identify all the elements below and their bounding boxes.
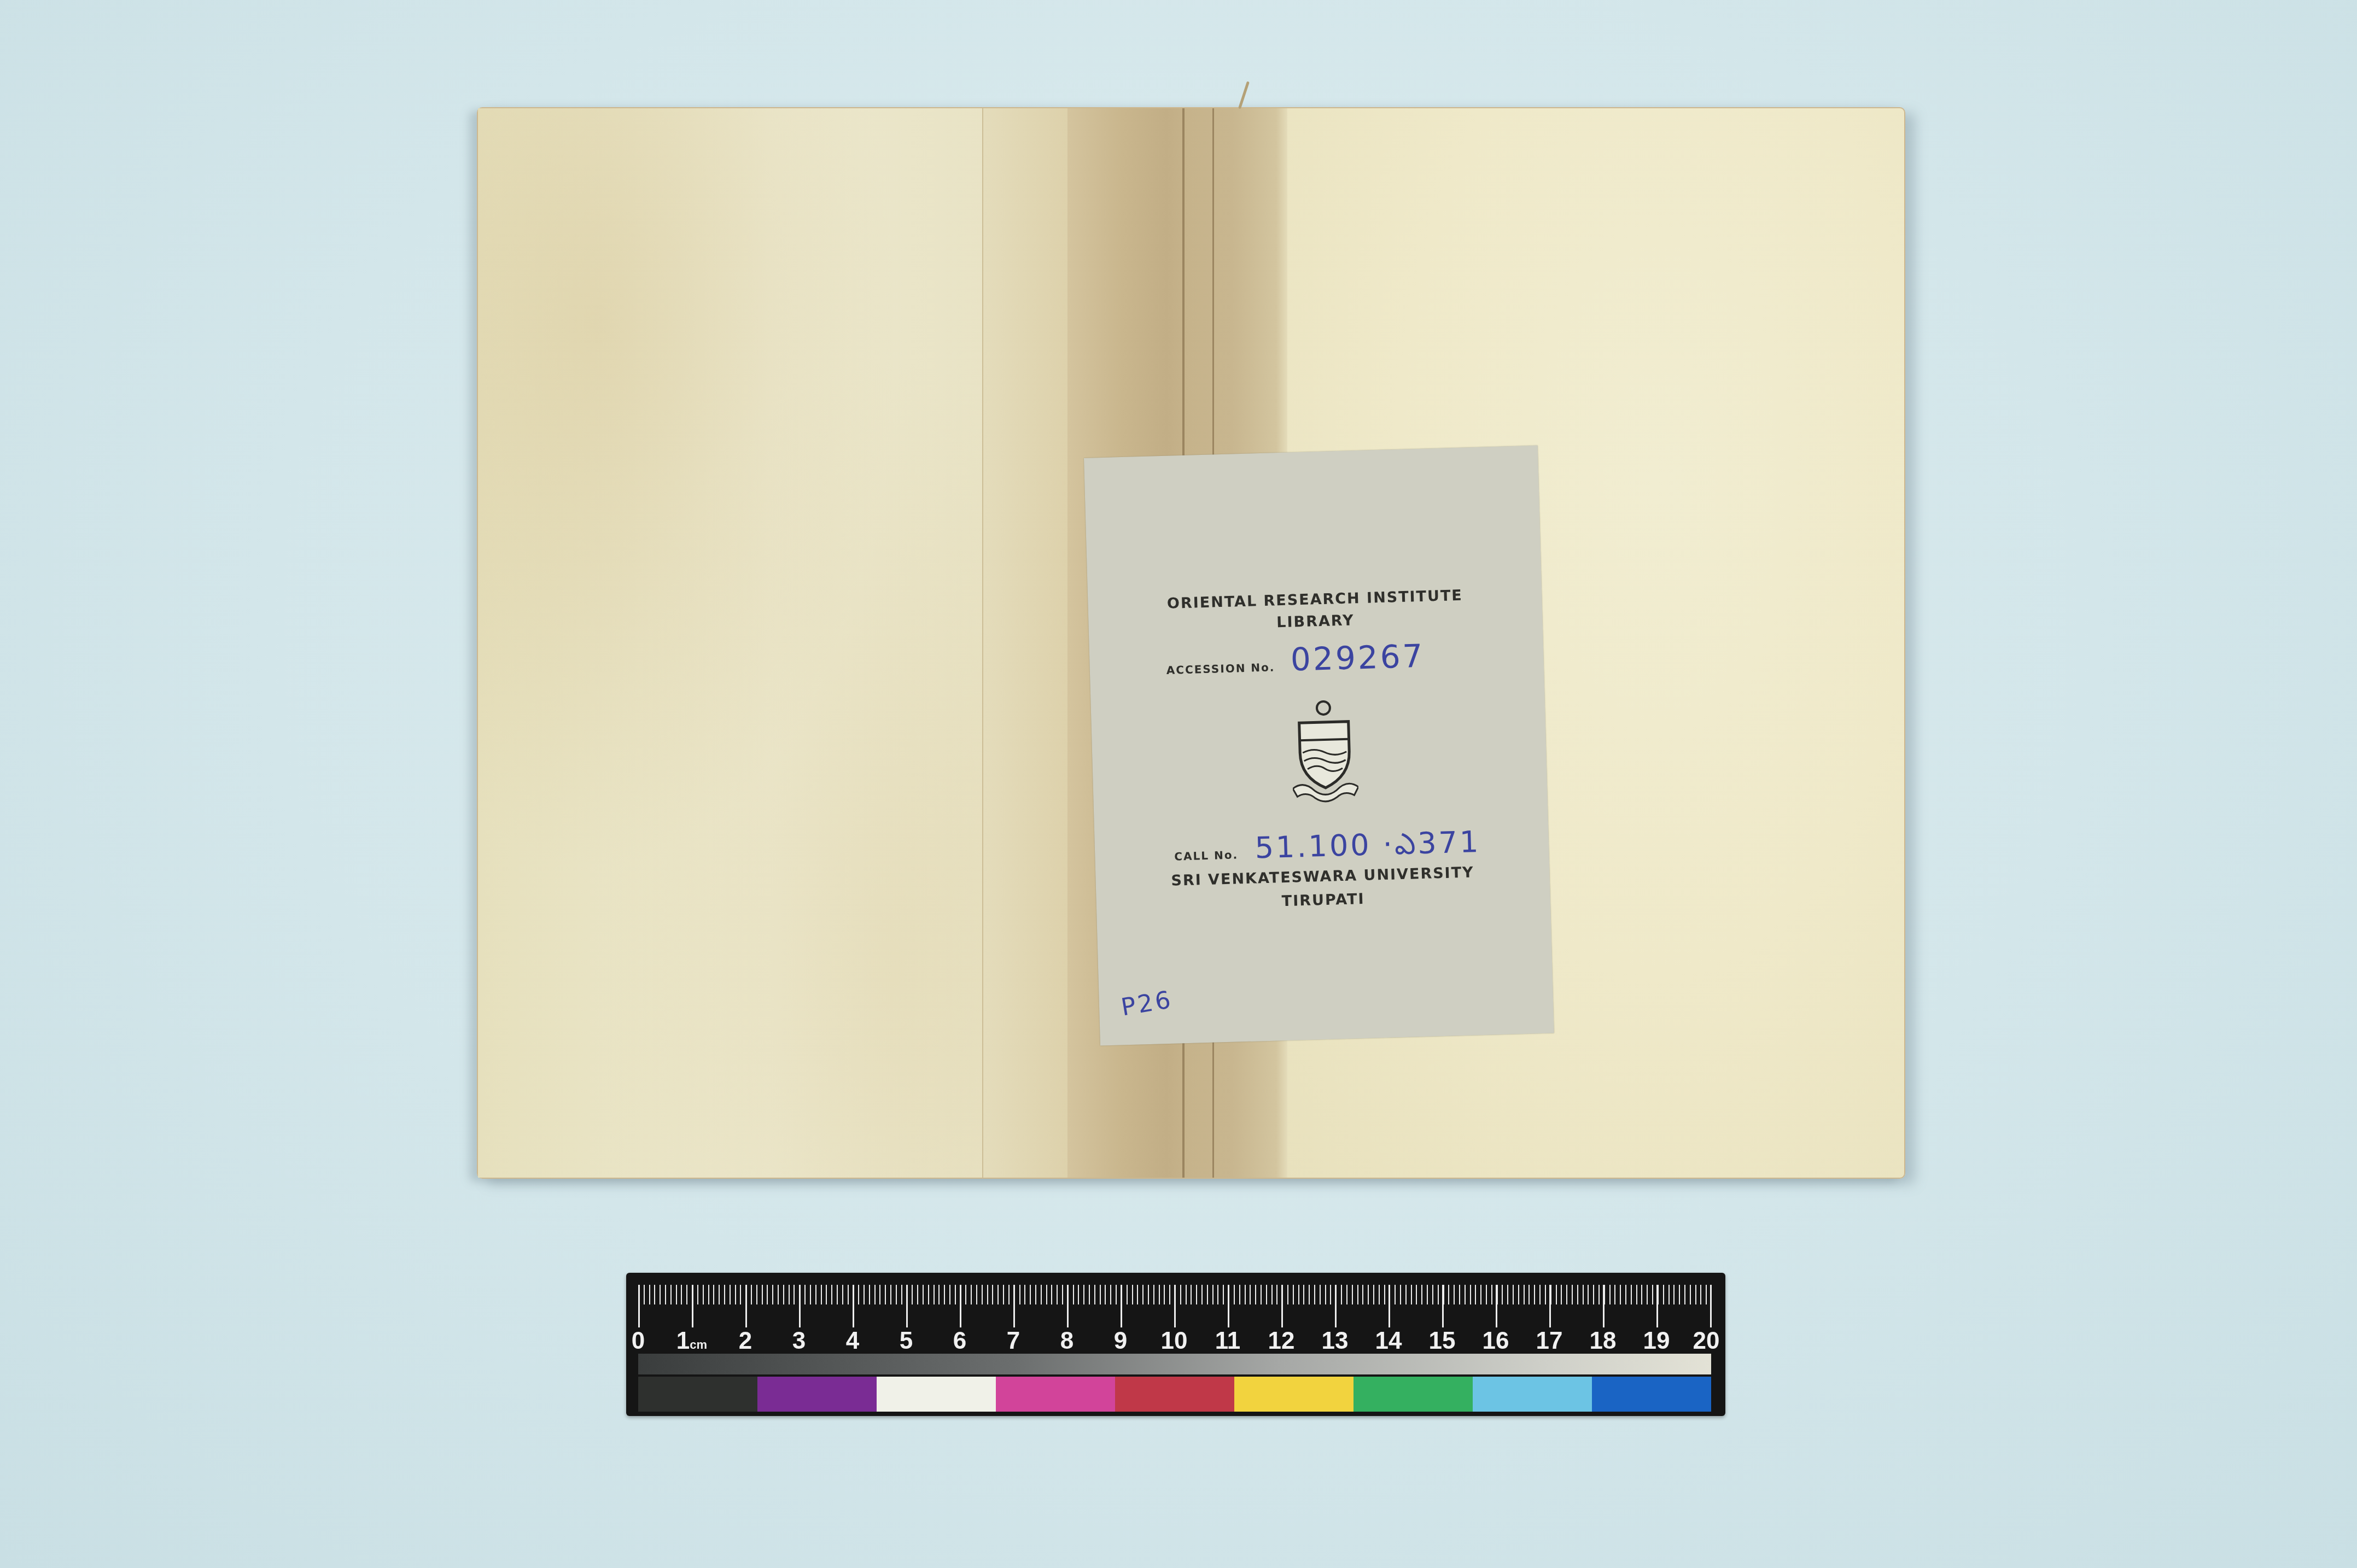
- color-patch-black: [638, 1377, 757, 1412]
- library-bookplate-label: ORIENTAL RESEARCH INSTITUTE LIBRARY ACCE…: [1084, 446, 1554, 1046]
- ruler-number: 12: [1268, 1327, 1295, 1355]
- color-calibration-strip: [638, 1377, 1711, 1412]
- ruler-number: 5: [900, 1327, 913, 1355]
- ruler-number: 4: [846, 1327, 859, 1355]
- ruler-number: 19: [1643, 1327, 1670, 1355]
- accession-label: ACCESSION No.: [1166, 660, 1275, 677]
- color-patch-purple: [757, 1377, 877, 1412]
- color-patch-yellow: [1234, 1377, 1353, 1412]
- ruler-number: 16: [1483, 1327, 1509, 1355]
- ruler-number: 20: [1693, 1327, 1720, 1355]
- city-name: TIRUPATI: [1096, 886, 1550, 915]
- grayscale-strip: [638, 1354, 1711, 1374]
- ruler-number: 7: [1007, 1327, 1020, 1355]
- handwritten-note: P26: [1119, 986, 1175, 1022]
- university-crest-icon: [1291, 699, 1359, 805]
- accession-number: 029267: [1290, 637, 1425, 678]
- ruler-number: 8: [1060, 1327, 1074, 1355]
- color-patch-blue: [1592, 1377, 1711, 1412]
- ruler-number: 0: [632, 1327, 645, 1355]
- binding-thread: [1238, 81, 1250, 109]
- scale-ruler: 0 1cm 2 3 4 5 6 7 8 9 10 11 12 13 14 15 …: [626, 1273, 1725, 1416]
- call-number-label: CALL No.: [1174, 848, 1238, 863]
- ruler-number: 6: [953, 1327, 966, 1355]
- ruler-number: 2: [739, 1327, 752, 1355]
- call-number: 51.100 ·ఎ371: [1255, 824, 1481, 865]
- ruler-number: 13: [1322, 1327, 1349, 1355]
- ruler-number: 3: [792, 1327, 806, 1355]
- ruler-number: 11: [1215, 1327, 1241, 1355]
- inside-front-cover: [478, 108, 1067, 1178]
- ruler-number: 1cm: [676, 1327, 707, 1355]
- ruler-number: 9: [1114, 1327, 1127, 1355]
- ruler-number: 18: [1590, 1327, 1617, 1355]
- open-book: ORIENTAL RESEARCH INSTITUTE LIBRARY ACCE…: [477, 107, 1905, 1179]
- color-patch-magenta: [996, 1377, 1115, 1412]
- ruler-number: 17: [1536, 1327, 1563, 1355]
- ruler-number: 15: [1429, 1327, 1456, 1355]
- ruler-number: 10: [1161, 1327, 1188, 1355]
- cover-turn-in-flap: [982, 108, 1069, 1178]
- color-patch-red: [1115, 1377, 1234, 1412]
- color-patch-white: [877, 1377, 996, 1412]
- color-patch-green: [1353, 1377, 1473, 1412]
- color-patch-cyan: [1473, 1377, 1592, 1412]
- ruler-number: 14: [1375, 1327, 1402, 1355]
